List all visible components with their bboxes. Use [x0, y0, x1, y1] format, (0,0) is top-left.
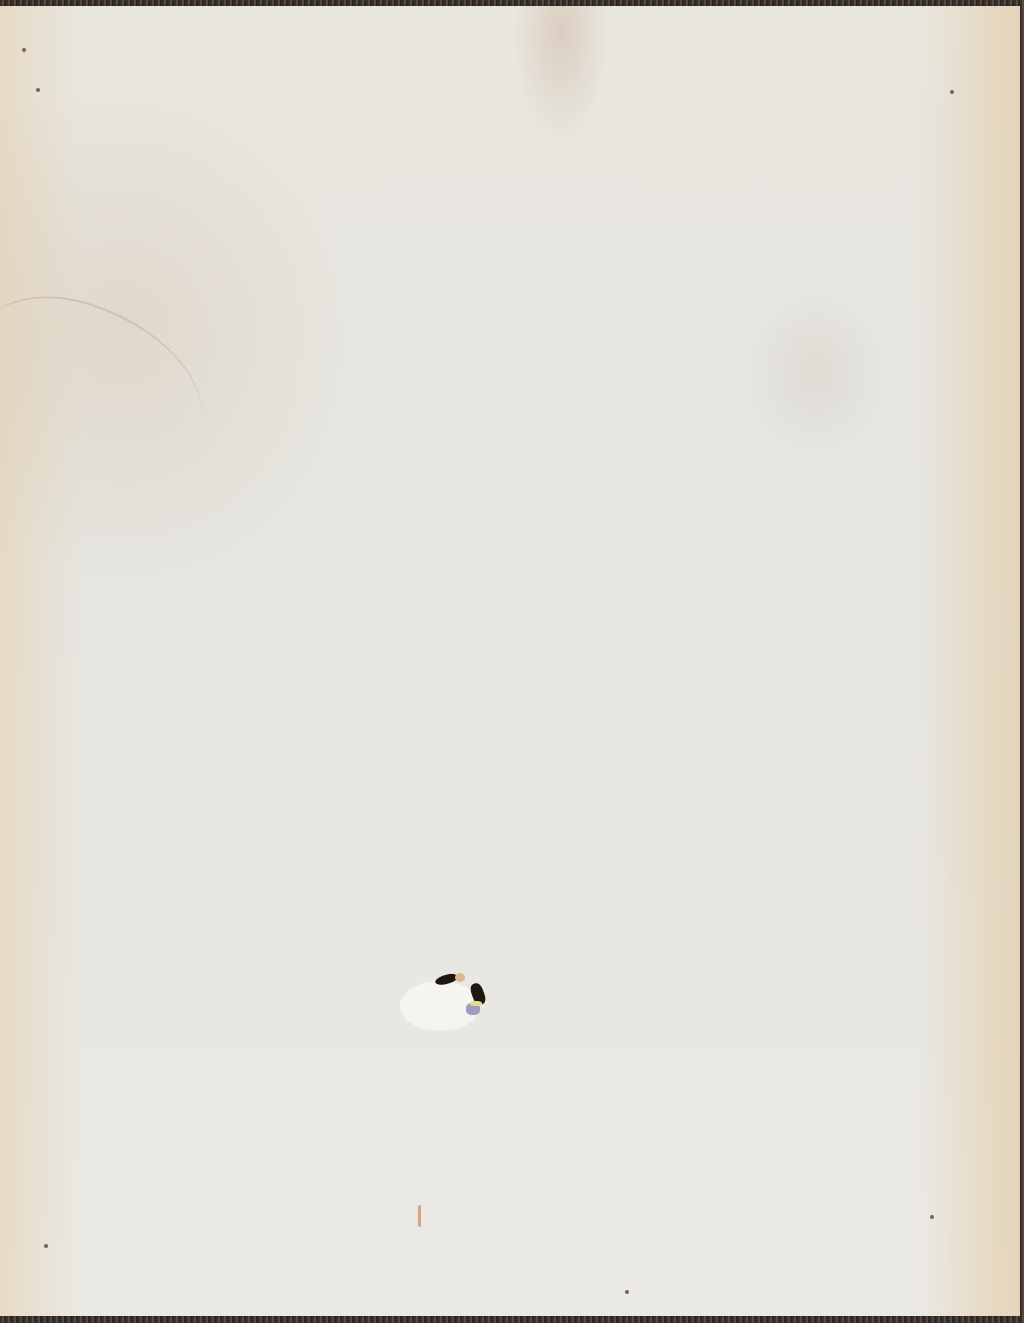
rust-mark	[418, 1205, 421, 1227]
speck	[44, 1244, 48, 1248]
speck	[625, 1290, 629, 1294]
speck	[930, 1215, 934, 1219]
speck	[36, 88, 40, 92]
speck	[950, 90, 954, 94]
photo-scene	[0, 0, 1024, 1323]
stain-blemish	[400, 971, 515, 1031]
speck	[22, 48, 26, 52]
paper-crease	[0, 274, 228, 493]
stain-mark	[470, 1001, 482, 1006]
stain-mark	[455, 973, 465, 982]
paper-sheet	[0, 6, 1020, 1316]
